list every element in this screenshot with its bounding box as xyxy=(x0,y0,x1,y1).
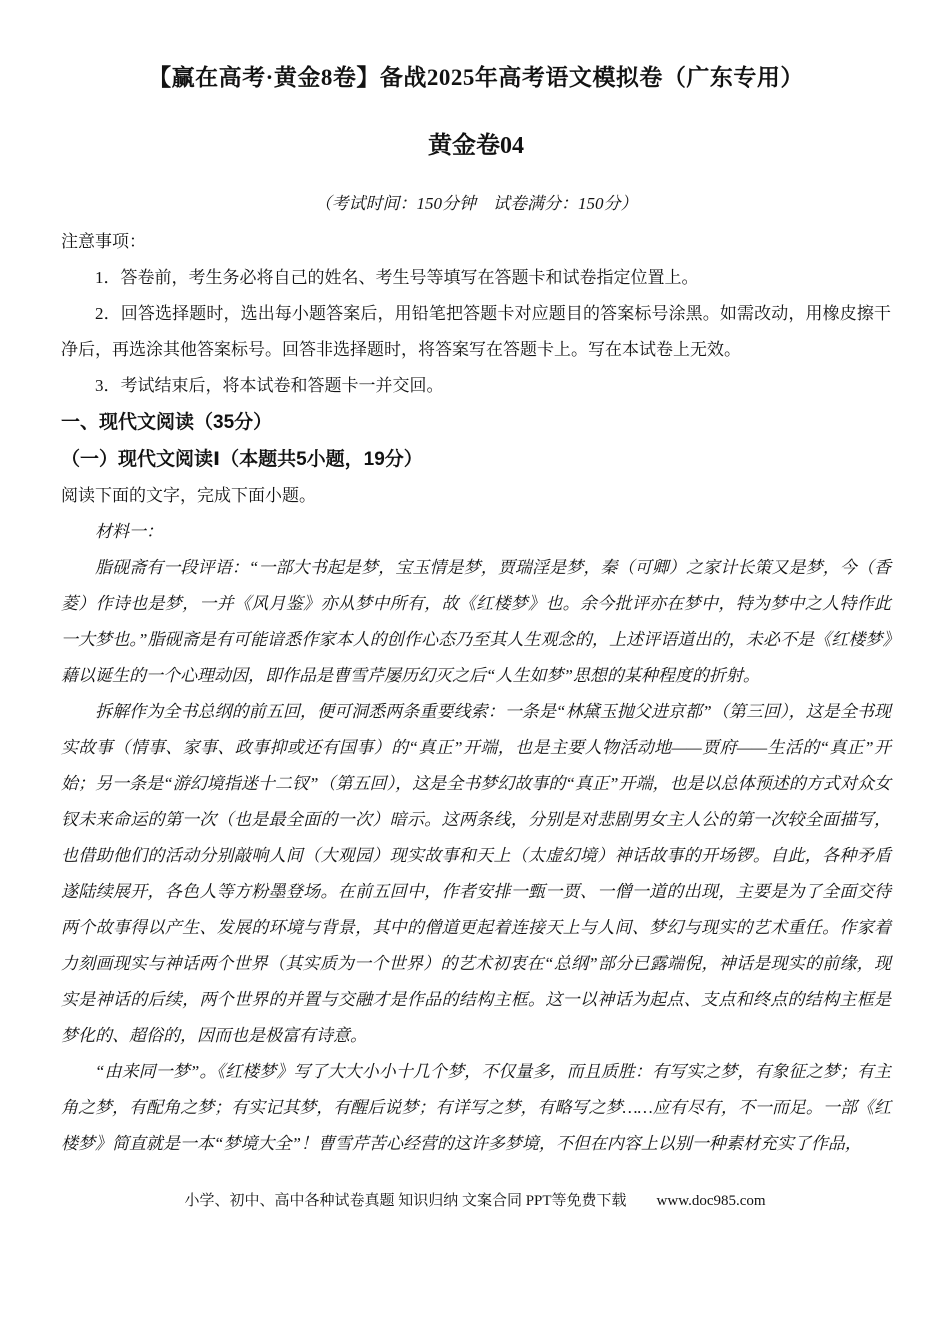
footer-website-link[interactable]: www.doc985.com xyxy=(657,1193,766,1209)
notice-item-1: 1．答卷前，考生务必将自己的姓名、考生号等填写在答题卡和试卷指定位置上。 xyxy=(61,260,891,296)
section-heading-modern-reading: 一、现代文阅读（35分） xyxy=(61,404,891,441)
material-paragraph-2: 拆解作为全书总纲的前五回，便可洞悉两条重要线索：一条是“林黛玉抛父进京都”（第三… xyxy=(61,694,891,1054)
page-content: 【赢在高考·黄金8卷】备战2025年高考语文模拟卷（广东专用） 黄金卷04 （考… xyxy=(0,0,950,1162)
material-paragraph-3: “由来同一梦”。《红楼梦》写了大大小小十几个梦，不仅量多，而且质胜：有写实之梦，… xyxy=(61,1054,891,1162)
page-footer: 小学、初中、高中各种试卷真题 知识归纳 文案合同 PPT等免费下载www.doc… xyxy=(0,1190,950,1218)
document-subtitle: 黄金卷04 xyxy=(61,130,891,163)
notice-item-3: 3．考试结束后，将本试卷和答题卡一并交回。 xyxy=(61,368,891,404)
footer-promo-text: 小学、初中、高中各种试卷真题 知识归纳 文案合同 PPT等免费下载 xyxy=(184,1193,626,1209)
reading-instruction: 阅读下面的文字，完成下面小题。 xyxy=(61,478,891,514)
subsection-heading-reading-1: （一）现代文阅读Ⅰ（本题共5小题，19分） xyxy=(61,441,891,478)
material-paragraph-1: 脂砚斋有一段评语：“一部大书起是梦，宝玉情是梦，贾瑞淫是梦，秦（可卿）之家计长策… xyxy=(61,550,891,694)
exam-time-score-info: （考试时间：150分钟 试卷满分：150分） xyxy=(61,192,891,216)
material-one-label: 材料一： xyxy=(61,514,891,550)
exam-paper-page: 【赢在高考·黄金8卷】备战2025年高考语文模拟卷（广东专用） 黄金卷04 （考… xyxy=(0,0,950,1344)
notice-item-2: 2．回答选择题时，选出每小题答案后，用铅笔把答题卡对应题目的答案标号涂黑。如需改… xyxy=(61,296,891,368)
notice-heading: 注意事项： xyxy=(61,224,891,260)
document-title: 【赢在高考·黄金8卷】备战2025年高考语文模拟卷（广东专用） xyxy=(61,62,891,94)
